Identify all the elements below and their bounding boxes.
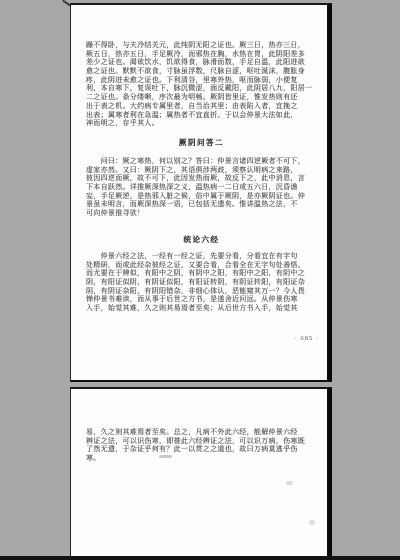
scan-smudge [159,455,172,458]
section-heading-six-meridians: 统论六经 [86,235,317,244]
scanned-page-top: 躁不得卧，与夫冷结关元，此纯阴无阳之证也。厥三日，热亦三日，厥五日，热亦五日，手… [70,3,332,382]
scanned-page-bottom: 易，久之则其难焉者至矣。总之，凡病不外此六经，能解仲景六经辨证之法，可以识伤寒，… [70,387,332,560]
paragraph-jueyin-qa: 问曰：厥之寒热，何以别之？答曰：仲景言诸四逆厥者不可下，虚家亦然。又曰：厥阴下之… [86,157,317,218]
viewer-bottom-edge [0,556,400,560]
paragraph-six-meridians: 仲景六经之法，一经有一经之证，先要分看，分看宜在有字句处精研，而或此经杂彼经之证… [86,252,317,313]
scan-smudge [286,481,293,485]
section-heading-jueyin-qa: 厥阴问答二 [86,138,317,147]
document-viewer: 躁不得卧，与夫冷结关元，此纯阴无阳之证也。厥三日，热亦三日，厥五日，热亦五日，手… [0,0,400,560]
paragraph-six-meridians-continuation: 易，久之则其难焉者至矣。总之，凡病不外此六经，能解仲景六经辨证之法，可以识伤寒，… [86,428,317,463]
paragraph-jueyin-continuation: 躁不得卧，与夫冷结关元，此纯阴无阳之证也。厥三日，热亦三日，厥五日，热亦五日，手… [86,41,317,128]
scan-smudge [309,520,315,525]
page-number: · 685 · [295,335,319,342]
